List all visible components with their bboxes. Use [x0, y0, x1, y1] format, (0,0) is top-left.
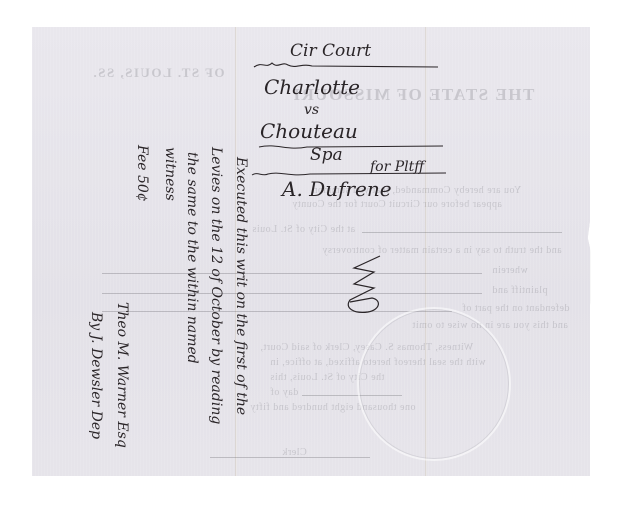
handwritten-abbrev: Spa — [310, 145, 343, 165]
handwritten-scribble — [344, 252, 394, 322]
flourish-line — [252, 57, 442, 73]
form-rule — [362, 232, 562, 233]
form-rule — [102, 293, 482, 294]
endorsement-line: the same to the within named — [184, 152, 200, 364]
flourish-line — [257, 141, 447, 153]
printed-line: day of — [270, 387, 298, 398]
printed-line: at the City of St. Louis — [252, 224, 355, 235]
embossed-seal — [357, 307, 511, 461]
endorsement-line: witness — [162, 147, 178, 201]
endorsement-line: Executed this writ on the first of the — [233, 157, 249, 415]
handwritten-defendant: Chouteau — [260, 119, 358, 143]
handwritten-plaintiff: Charlotte — [264, 75, 360, 99]
form-rule — [102, 273, 482, 274]
printed-line: wherein — [492, 265, 528, 276]
document-page: OF ST. LOUIS, SS. THE STATE OF MISSOURI … — [32, 27, 590, 476]
handwritten-versus: vs — [304, 102, 319, 118]
printed-line: defendant on the part of — [462, 303, 570, 314]
endorsement-line: Levies on the 12 of October by reading — [208, 147, 224, 424]
handwritten-attorney: A. Dufrene — [282, 177, 392, 201]
printed-header-county: OF ST. LOUIS, SS. — [92, 65, 224, 81]
endorsement-deputy: By J. Dewsler Dep — [88, 312, 104, 439]
endorsement-fee: Fee 50¢ — [134, 145, 150, 202]
form-rule — [102, 311, 452, 312]
endorsement-sheriff: Theo M. Warner Esq — [114, 302, 130, 448]
form-rule — [210, 457, 370, 458]
printed-line: plaintiff and — [492, 285, 547, 296]
